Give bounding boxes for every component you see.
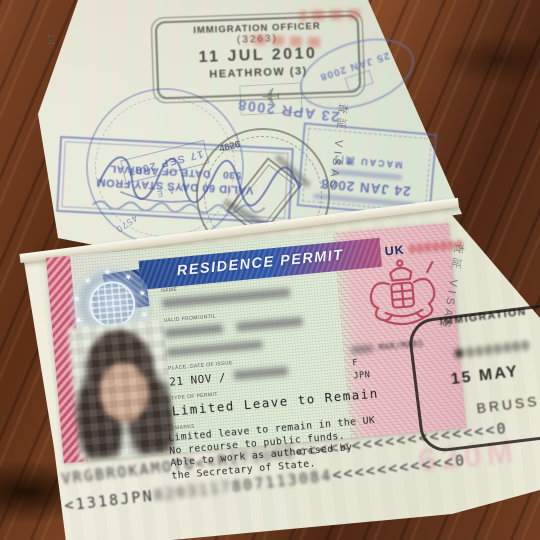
passport-photo-scene: 14 17 SEP 2007 U.A.E 4570 4626 IMMIGRATI… bbox=[0, 0, 540, 540]
macau-stamp-place: MACAU 澳門 bbox=[302, 150, 433, 174]
star-icon: ★ bbox=[81, 274, 95, 288]
brussels-stamp-number: ✱0000000 bbox=[453, 337, 532, 362]
mrz-segment: ITSUKO bbox=[228, 443, 297, 469]
star-icon: ★ bbox=[102, 267, 113, 278]
redacted-valid-from bbox=[165, 324, 224, 338]
place-date-value: 21 NOV / bbox=[169, 371, 227, 389]
mrz-segment: <1318JPN bbox=[64, 487, 155, 515]
star-icon: ★ bbox=[135, 287, 148, 300]
redacted-place-value bbox=[234, 367, 289, 381]
hologram-globe-icon bbox=[87, 279, 137, 329]
page-number: 14 bbox=[45, 33, 56, 46]
star-icon: ★ bbox=[121, 271, 135, 285]
star-icon: ★ bbox=[138, 308, 150, 320]
redacted-valid-extra bbox=[166, 341, 262, 357]
portrait-photo-pixelation bbox=[68, 320, 175, 460]
brussels-stamp-date: 15 MAY bbox=[450, 363, 520, 389]
star-icon: ★ bbox=[71, 293, 83, 305]
red-ink-offset-mark bbox=[300, 9, 360, 21]
brussels-stamp-place: BRUSS bbox=[476, 393, 540, 417]
brussels-immigration-stamp: IMMIGRATION ✱0000000 15 MAY BRUSS bbox=[406, 300, 540, 454]
mrz-segment: 8203117 bbox=[153, 478, 233, 505]
redacted-day bbox=[351, 345, 374, 354]
redacted-valid-until bbox=[237, 317, 304, 332]
star-icon: ★ bbox=[73, 313, 86, 326]
